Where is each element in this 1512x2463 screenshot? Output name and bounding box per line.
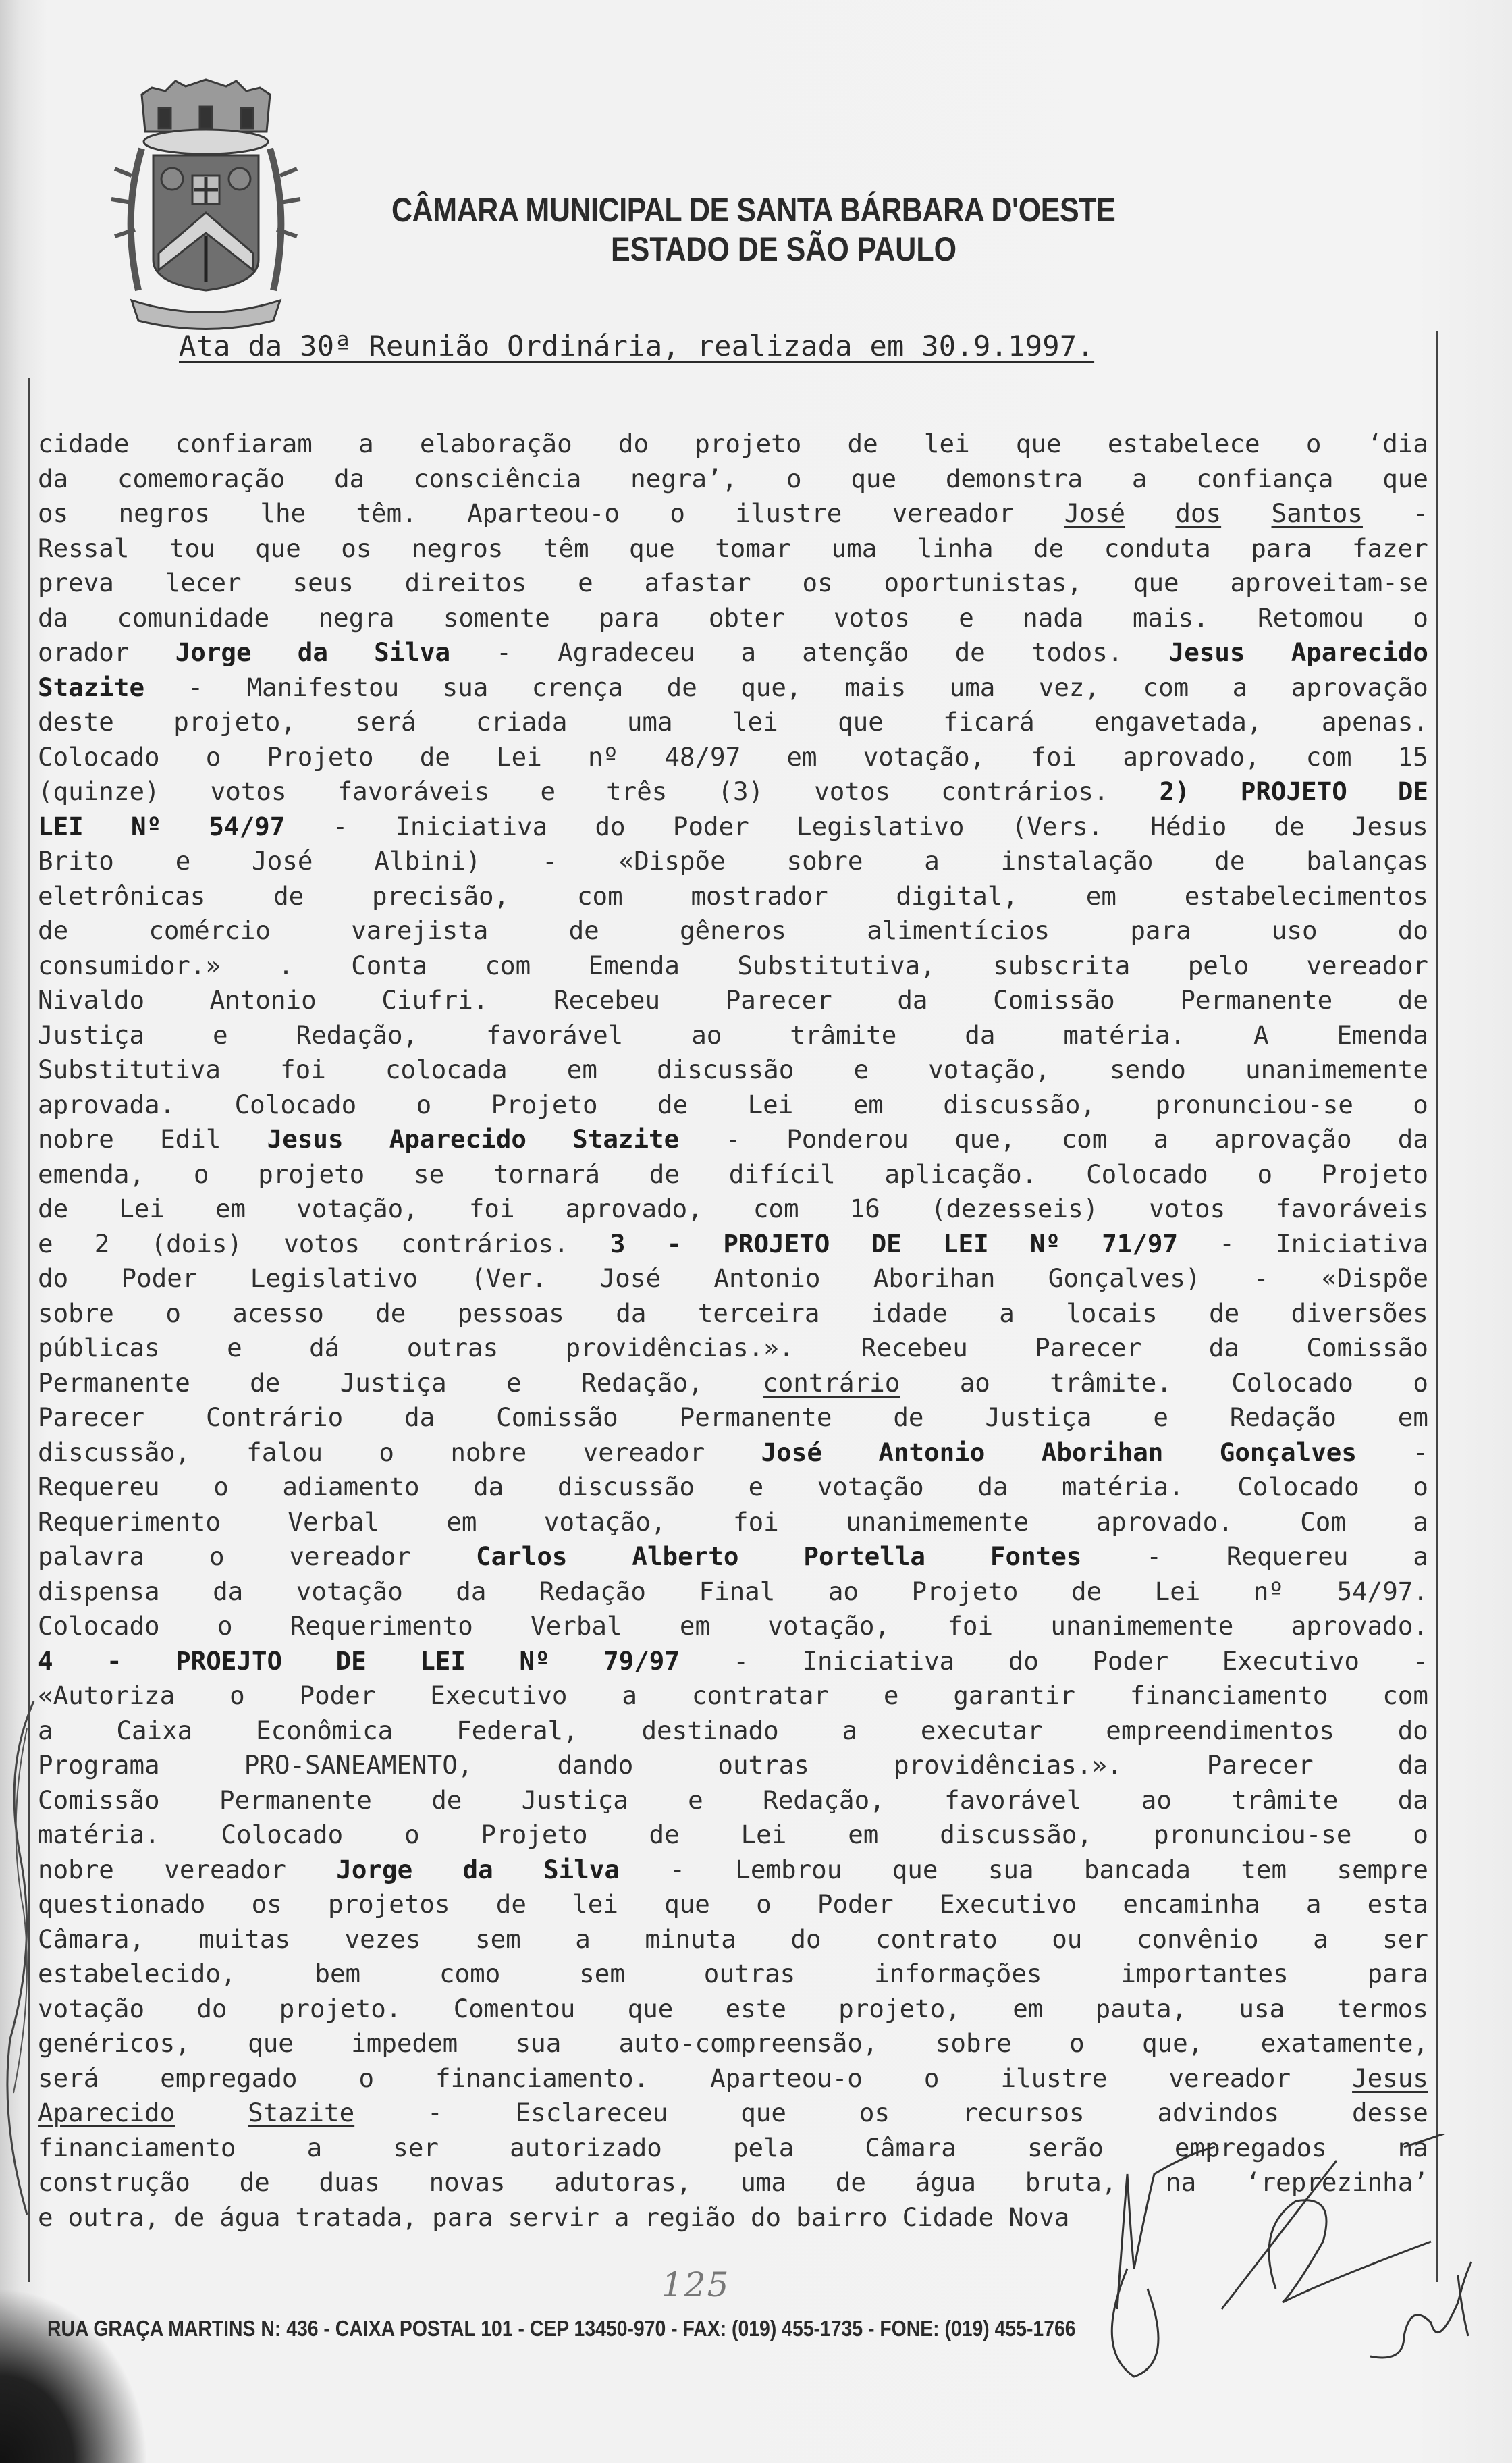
word: - [427,2096,443,2131]
word: Permanente [680,1400,832,1435]
word: tomar [715,531,791,566]
word: discussão, [940,1818,1092,1853]
word: sem [475,1922,521,1957]
word: ilustre [735,496,842,531]
word: o [358,2061,374,2096]
word: eletrônicas [38,879,205,914]
word: que [850,462,896,497]
word: em [215,1192,246,1227]
word: e [38,1227,53,1262]
word: executar [921,1714,1043,1749]
word: unanimemente [846,1505,1029,1540]
word: projetos [328,1887,450,1922]
word: votação [817,1470,924,1505]
bold-name-text: 54/97 [209,810,285,845]
word: atenção [802,635,909,670]
word: Recebeu [861,1331,968,1366]
word: Verbal [288,1505,379,1540]
word: o [756,1887,772,1922]
word: aplicação. [885,1157,1037,1192]
word: em [1086,879,1116,914]
word: minuta [645,1922,736,1957]
word: este [726,1992,786,2027]
word: (quinze) [38,774,160,810]
word: Contrário [206,1400,343,1435]
word: o [404,1818,420,1853]
word: de [38,1192,68,1227]
word: Justiça [38,1018,144,1053]
word: Requereu [1226,1539,1349,1574]
word: Projeto [491,1088,598,1123]
word: consciência [414,462,581,497]
word: tornará [493,1157,600,1192]
word: vez, [1039,670,1100,706]
word: que [740,2096,786,2131]
word: votação, [863,740,986,775]
word: Permanente [1180,983,1332,1018]
word: crença [532,670,623,706]
text-line: cidadeconfiaramaelaboraçãodoprojetodelei… [38,427,1428,462]
word: votos [834,601,910,636]
word: Requerimento [290,1609,473,1644]
word: «Autoriza [38,1678,175,1714]
text-line: emenda,oprojetosetornarádedifícilaplicaç… [38,1157,1428,1192]
word: em [853,1088,884,1123]
word: Federal, [456,1714,578,1749]
word: vereador [164,1853,286,1888]
bold-name-text: Silva [543,1853,620,1888]
word: preva [38,566,114,601]
text-line: «AutorizaoPoderExecutivoacontrataregaran… [38,1678,1428,1714]
word: sempre [1336,1853,1428,1888]
text-line: NivaldoAntonioCiufri.RecebeuParecerdaCom… [38,983,1428,1018]
word: criada [476,705,567,740]
word: da [456,1574,486,1610]
text-line: aCaixaEconômicaFederal,destinadoaexecuta… [38,1714,1428,1749]
bold-name-text: Stazite [38,670,144,706]
word: (Vers. [1012,810,1103,845]
word: Parecer [1035,1331,1141,1366]
word: deste [38,705,114,740]
word: do [38,1261,68,1296]
underlined-text: Santos [1272,496,1363,531]
word: do [1398,913,1428,949]
word: difícil [729,1157,836,1192]
word: Requerimento [38,1505,221,1540]
bold-name-text: - [107,1644,122,1679]
word: ao [960,1366,990,1401]
word: favoráveis [1276,1192,1428,1227]
word: votos [814,774,890,810]
word: - [1413,1435,1428,1471]
word: Colocado [1237,1470,1359,1505]
word: discussão, [38,1435,190,1471]
word: com [485,949,531,984]
word: da [977,1470,1008,1505]
word: outras [704,1957,795,1992]
coat-of-arms-icon [105,68,307,338]
word: e [227,1331,242,1366]
word: de [38,913,68,949]
text-line: decomérciovarejistadegênerosalimentícios… [38,913,1428,949]
word: . [278,949,294,984]
word: projeto, [173,705,296,740]
scanned-page: CÂMARA MUNICIPAL DE SANTA BÁRBARA D'OEST… [0,0,1512,2463]
word: tratada, [296,2200,418,2235]
word: varejista [351,913,488,949]
word: demonstra [946,462,1083,497]
word: pauta, [1096,1992,1187,2027]
word: colocada [385,1053,508,1088]
text-line: AparecidoStazite-Esclareceuqueosrecursos… [38,2096,1428,2131]
bold-name-text: PROJETO [723,1227,830,1262]
word: votos [211,774,287,810]
word: água [915,2165,976,2200]
word: elaboração [420,427,572,462]
word: Colocado [38,740,160,775]
word: engavetada, [1094,705,1262,740]
bold-name-text: Silva [374,635,450,670]
word: Nivaldo [38,983,144,1018]
word: bancada [1084,1853,1191,1888]
word: a [358,427,374,462]
word: Projeto [267,740,374,775]
word: ao [691,1018,722,1053]
word: locais [1066,1296,1157,1331]
word: e [213,1018,228,1053]
word: do [618,427,649,462]
word: Cidade [902,2200,994,2235]
word: com [1062,1122,1108,1157]
word: foi [1031,740,1077,775]
word: a [1306,1887,1322,1922]
bold-name-text: Portella [803,1539,925,1574]
word: Aparteou-o [467,496,620,531]
word: (3) [718,774,763,810]
word: Antonio [713,1261,820,1296]
word: Colocado [1231,1366,1353,1401]
word: nobre [38,1122,114,1157]
word: da [897,983,927,1018]
word: Com [1300,1505,1346,1540]
word: os [803,566,833,601]
word: direitos [405,566,527,601]
word: autorizado [510,2131,662,2166]
word: o [209,1539,225,1574]
word: idade [871,1296,948,1331]
word: - [670,1853,685,1888]
word: estabelecimentos [1185,879,1428,914]
word: Conta [351,949,427,984]
word: discussão [558,1470,695,1505]
word: construção [38,2165,190,2200]
word: de [893,1400,923,1435]
bold-name-text: 3 [610,1227,626,1262]
word: obter [709,601,785,636]
word: seus [293,566,354,601]
word: discussão, [943,1088,1096,1123]
word: pronunciou-se [1154,1818,1352,1853]
text-line: prevalecerseusdireitoseafastarosoportuni… [38,566,1428,601]
word: Legislativo [796,810,964,845]
word: o [165,1296,181,1331]
word: diversões [1291,1296,1428,1331]
word: termos [1336,1992,1428,2027]
word: uma [832,531,878,566]
word: 2 [94,1227,110,1262]
text-line: votaçãodoprojeto.Comentouqueesteprojeto,… [38,1992,1428,2027]
word: adiamento [282,1470,419,1505]
word: comemoração [117,462,285,497]
word: outras [718,1748,809,1783]
word: de [649,1818,680,1853]
word: oportunistas, [884,566,1083,601]
word: apenas. [1322,705,1428,740]
word: nº [1253,1574,1284,1610]
word: contratar [692,1678,829,1714]
word: ficará [943,705,1034,740]
word: muitas [199,1922,290,1957]
word: mais [845,670,906,706]
word: informações [874,1957,1042,1992]
word: Programa [38,1748,160,1783]
word: sobre [936,2026,1012,2061]
organization-state: ESTADO DE SÃO PAULO [611,230,956,269]
word: e [959,601,974,636]
word: a [1132,462,1147,497]
text-line: PermanentedeJustiçaeRedação,contrárioaot… [38,1366,1428,1401]
word: dando [557,1748,633,1783]
word: - [733,1644,749,1679]
word: dá [309,1331,340,1366]
word: da [1398,1748,1428,1783]
word: - [188,670,203,706]
bold-name-text: LEI [38,810,84,845]
word: votação, [544,1505,666,1540]
text-line: dacomunidadenegrasomenteparaobtervotosen… [38,601,1428,636]
word: auto-compreensão, [619,2026,878,2061]
text-line: matéria.ColocadooProjetodeLeiemdiscussão… [38,1818,1428,1853]
word: sua [443,670,489,706]
word: aprovado. [1291,1609,1428,1644]
word: da [1398,1783,1428,1818]
word: sem [579,1957,625,1992]
word: Iniciativa [1276,1227,1428,1262]
word: em [1013,1992,1043,2027]
word: matéria. [1063,1018,1185,1053]
word: Executivo [1222,1644,1359,1679]
word: será [38,2061,99,2096]
word: que, [954,1122,1015,1157]
word: servir [508,2200,599,2235]
bold-name-text: DE [1398,774,1428,810]
word: como [439,1957,500,1992]
word: que [892,1853,938,1888]
word: a [842,1714,857,1749]
word: nobre [450,1435,526,1471]
word: o [213,1470,229,1505]
word: que, [740,670,801,706]
word: favorável [944,1783,1081,1818]
word: de [174,2200,205,2235]
word: em [786,740,817,775]
word: Projeto [1322,1157,1428,1192]
text-line: dispensadavotaçãodaRedaçãoFinalaoProjeto… [38,1574,1428,1610]
bold-name-text: PROEJTO [175,1644,282,1679]
word: sobre [787,844,863,879]
word: precisão, [372,879,509,914]
bold-name-text: LEI [420,1644,466,1679]
word: da [38,462,68,497]
word: Aborihan [873,1261,996,1296]
word: comércio [148,913,271,949]
word: e [884,1678,899,1714]
word: matéria. [1062,1470,1184,1505]
word: cidade [38,427,129,462]
word: os [341,531,371,566]
word: a [1413,1539,1428,1574]
word: «Dispõe [1322,1261,1428,1296]
word: Ciufri. [381,983,488,1018]
word: (dois) [151,1227,242,1262]
text-line: deLeiemvotação,foiaprovado,com16(dezesse… [38,1192,1428,1227]
word: que [1016,427,1062,462]
bold-name-text: 2) [1160,774,1190,810]
word: a [1313,1922,1328,1957]
bold-name-text: 4 [38,1644,53,1679]
bold-name-text: Fontes [990,1539,1081,1574]
word: adutoras, [554,2165,691,2200]
word: nada [1023,601,1083,636]
word: de [431,1783,462,1818]
word: Econômica [256,1714,393,1749]
word: projeto [258,1157,364,1192]
word: Albini) [374,844,481,879]
word: exatamente, [1261,2026,1428,2061]
word: novas [429,2165,506,2200]
word: a [1154,1122,1169,1157]
bold-name-text: Aparecido [389,1122,526,1157]
text-line: JustiçaeRedação,favorávelaotrâmitedamaté… [38,1018,1428,1053]
word: em [1398,1400,1428,1435]
word: aprovado, [1123,740,1260,775]
footer-address: RUA GRAÇA MARTINS N: 436 - CAIXA POSTAL … [47,2316,1266,2341]
text-line: consumidor.».ContacomEmendaSubstitutiva,… [38,949,1428,984]
word: a [1233,670,1248,706]
word: desse [1352,2096,1428,2131]
word: trâmite [790,1018,896,1053]
word: ao [828,1574,859,1610]
word: para [1251,531,1312,566]
text-line: RequerimentoVerbalemvotação,foiunanimeme… [38,1505,1428,1540]
word: uma [950,670,996,706]
document-title: Ata da 30ª Reunião Ordinária, realizada … [179,329,1094,363]
text-line: LEINº54/97-IniciativadoPoderLegislativo(… [38,810,1428,845]
word: o [1413,1366,1428,1401]
word: que, [1142,2026,1203,2061]
word: ser [1382,1922,1428,1957]
word: Poder [817,1887,894,1922]
word: Comissão [38,1783,160,1818]
word: - [1413,496,1428,531]
word: Lembrou [735,1853,842,1888]
word: - [542,844,558,879]
word: Lei [496,740,542,775]
word: foi [733,1505,779,1540]
word: Poder [300,1678,376,1714]
word: orador [38,635,129,670]
word: Justiça [340,1366,447,1401]
word: projeto [695,427,801,462]
word: com [1143,670,1189,706]
word: os [859,2096,890,2131]
word: em [848,1818,878,1853]
word: trâmite [1231,1783,1338,1818]
text-line: doPoderLegislativo(Ver.JoséAntonioAborih… [38,1261,1428,1296]
word: vereador [583,1435,705,1471]
bold-name-text: DE [871,1227,902,1262]
word: convênio [1137,1922,1259,1957]
word: de [955,635,986,670]
text-line: ComissãoPermanentedeJustiçaeRedação,favo… [38,1783,1428,1818]
word: negros [412,531,503,566]
word: aprovação [1291,670,1428,706]
bold-name-text: Jorge [175,635,252,670]
word: nobre [38,1853,114,1888]
word: que [1382,462,1428,497]
word: subscrita [993,949,1130,984]
word: estabelece [1108,427,1260,462]
word: outra, [68,2200,159,2235]
word: o [379,1435,394,1471]
word: esta [1368,1887,1428,1922]
word: ou [1052,1922,1082,1957]
word: Emenda [1336,1018,1428,1053]
word: pessoas [458,1296,564,1331]
word: unanimemente [1245,1053,1428,1088]
word: tem [1241,1853,1287,1888]
word: projeto, [838,1992,961,2027]
bold-name-text: Aparecido [1291,635,1428,670]
word: o [194,1157,209,1192]
word: da [473,1470,504,1505]
word: votação, [767,1609,890,1644]
word: Comentou [454,1992,576,2027]
word: uma [740,2165,786,2200]
bold-name-text: Jesus [1169,635,1245,670]
bold-name-text: Nº [519,1644,549,1679]
word: de [1274,810,1305,845]
word: Projeto [481,1818,588,1853]
word: Câmara, [38,1922,144,1957]
word: o [416,1088,432,1123]
word: água [219,2200,280,2235]
word: 15 [1398,740,1428,775]
word: o [230,1678,245,1714]
word: discussão [657,1053,794,1088]
word: do [790,1922,821,1957]
word: favoráveis [337,774,490,810]
word: Edil [160,1122,221,1157]
word: o [1413,601,1428,636]
word: sua [516,2026,562,2061]
underlined-text: Aparecido [38,2096,175,2131]
word: Comissão [993,983,1115,1018]
word: que [1133,566,1179,601]
word: Redação, [763,1783,885,1818]
text-line: desteprojeto,serácriadaumaleiqueficaráen… [38,705,1428,740]
word: vereador [289,1539,411,1574]
